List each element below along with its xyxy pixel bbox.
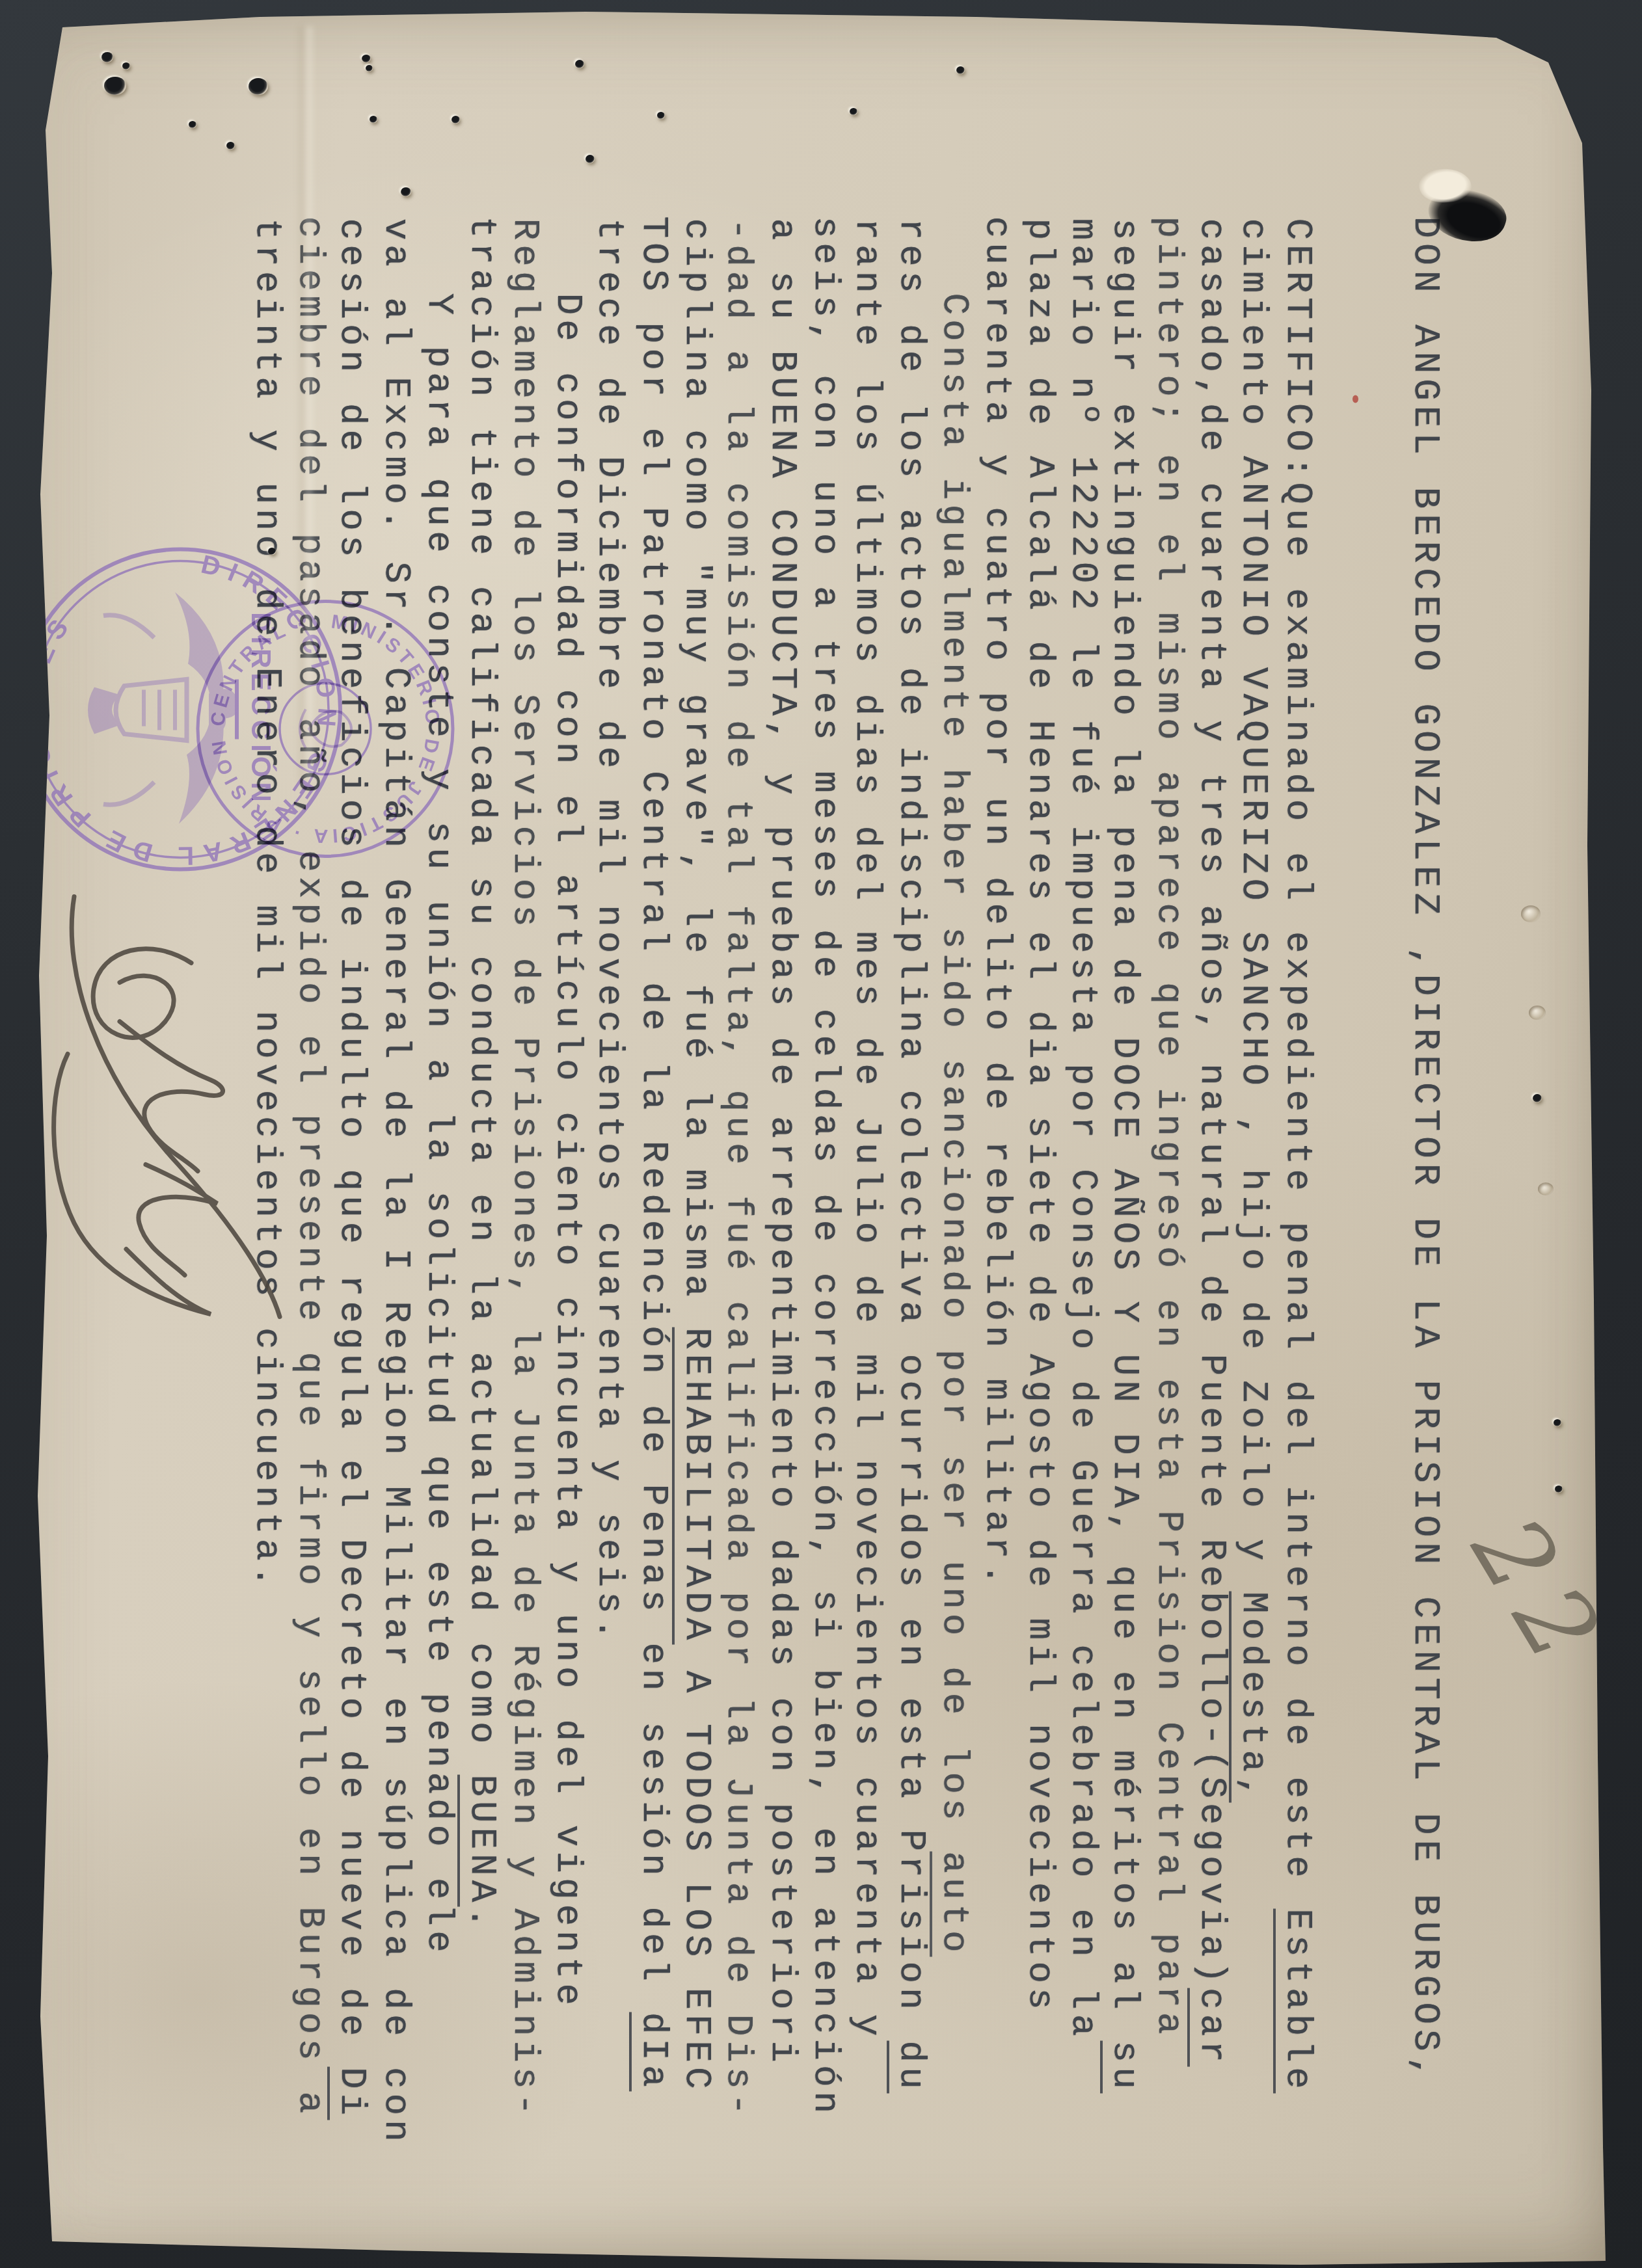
paper-sheet: DON ANGEL BERCEDO GONZALEZ ,DIRECTOR DE … bbox=[0, 0, 1642, 2268]
punch-holes bbox=[0, 0, 1642, 2268]
scanned-certificate-page: DON ANGEL BERCEDO GONZALEZ ,DIRECTOR DE … bbox=[0, 0, 1642, 2268]
torn-hole bbox=[1422, 179, 1512, 251]
